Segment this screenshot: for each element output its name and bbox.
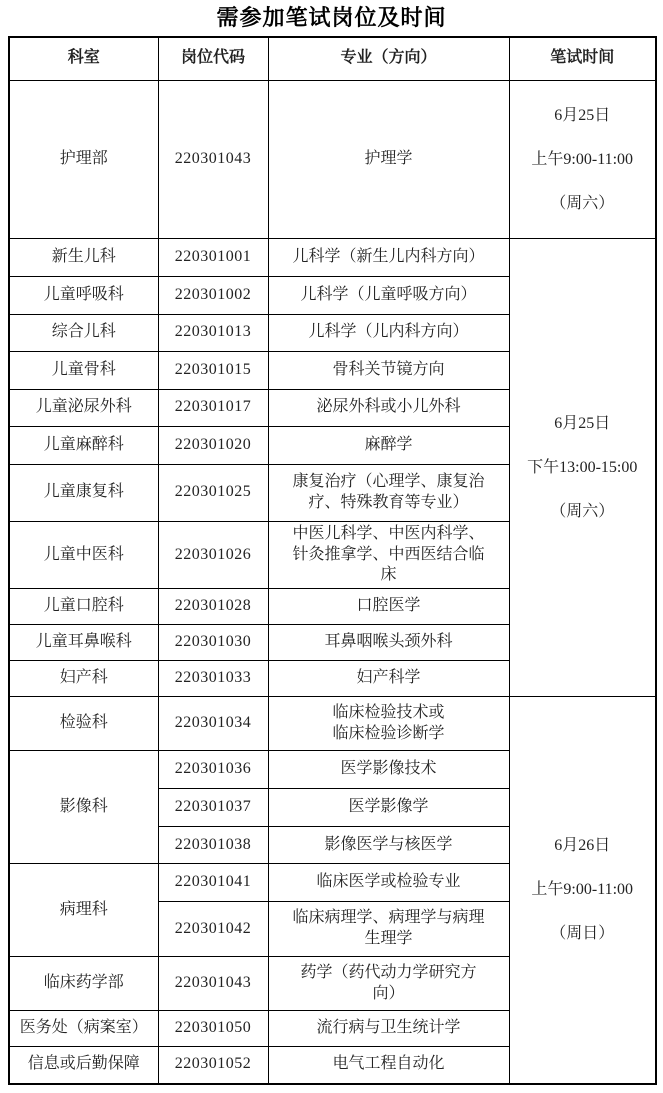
page-title: 需参加笔试岗位及时间 (0, 0, 663, 32)
time-date-line: 6月26日 (514, 834, 652, 857)
time-range-line: 上午9:00-11:00 (514, 148, 652, 171)
exam-time-cell: 6月25日 上午9:00-11:00 （周六） (509, 81, 656, 239)
page: 需参加笔试岗位及时间 科室 岗位代码 专业（方向） 笔试时间 护理部 22030… (0, 0, 663, 1085)
table-row: 检验科 220301034 临床检验技术或 临床检验诊断学 6月26日 上午9:… (9, 697, 656, 751)
major-cell: 影像医学与核医学 (268, 827, 509, 864)
time-date-line: 6月25日 (514, 104, 652, 127)
exam-time-cell: 6月26日 上午9:00-11:00 （周日） (509, 697, 656, 1084)
dept-cell: 新生儿科 (9, 238, 158, 276)
time-range-line: 上午9:00-11:00 (514, 878, 652, 901)
dept-cell: 妇产科 (9, 661, 158, 697)
code-cell: 220301028 (158, 589, 268, 625)
column-header-code: 岗位代码 (158, 37, 268, 81)
code-cell: 220301043 (158, 957, 268, 1011)
exam-time-cell: 6月25日 下午13:00-15:00 （周六） (509, 238, 656, 696)
major-cell: 口腔医学 (268, 589, 509, 625)
major-cell: 流行病与卫生统计学 (268, 1011, 509, 1047)
dept-cell: 儿童呼吸科 (9, 276, 158, 314)
dept-cell: 病理科 (9, 864, 158, 957)
code-cell: 220301041 (158, 864, 268, 902)
code-cell: 220301042 (158, 902, 268, 957)
exam-schedule-table: 科室 岗位代码 专业（方向） 笔试时间 护理部 220301043 护理学 6月… (8, 36, 657, 1085)
major-cell: 耳鼻咽喉头颈外科 (268, 625, 509, 661)
major-cell: 临床病理学、病理学与病理 生理学 (268, 902, 509, 957)
dept-cell: 检验科 (9, 697, 158, 751)
code-cell: 220301034 (158, 697, 268, 751)
dept-cell: 儿童骨科 (9, 351, 158, 389)
table-row: 护理部 220301043 护理学 6月25日 上午9:00-11:00 （周六… (9, 81, 656, 239)
dept-cell: 儿童麻醉科 (9, 426, 158, 464)
major-cell: 儿科学（新生儿内科方向） (268, 238, 509, 276)
dept-cell: 儿童耳鼻喉科 (9, 625, 158, 661)
header-row: 科室 岗位代码 专业（方向） 笔试时间 (9, 37, 656, 81)
major-cell: 中医儿科学、中医内科学、 针灸推拿学、中西医结合临 床 (268, 521, 509, 588)
major-cell: 电气工程自动化 (268, 1047, 509, 1084)
dept-cell: 临床药学部 (9, 957, 158, 1011)
code-cell: 220301030 (158, 625, 268, 661)
major-cell: 医学影像技术 (268, 751, 509, 789)
time-day-line: （周六） (514, 500, 652, 523)
dept-cell: 儿童泌尿外科 (9, 389, 158, 426)
major-cell: 临床医学或检验专业 (268, 864, 509, 902)
code-cell: 220301015 (158, 351, 268, 389)
dept-cell: 综合儿科 (9, 314, 158, 351)
column-header-dept: 科室 (9, 37, 158, 81)
major-cell: 骨科关节镜方向 (268, 351, 509, 389)
major-cell: 医学影像学 (268, 789, 509, 827)
code-cell: 220301013 (158, 314, 268, 351)
major-cell: 康复治疗（心理学、康复治 疗、特殊教育等专业） (268, 464, 509, 521)
major-cell: 儿科学（儿内科方向） (268, 314, 509, 351)
major-cell: 泌尿外科或小儿外科 (268, 389, 509, 426)
major-cell: 临床检验技术或 临床检验诊断学 (268, 697, 509, 751)
code-cell: 220301020 (158, 426, 268, 464)
code-cell: 220301017 (158, 389, 268, 426)
major-cell: 护理学 (268, 81, 509, 239)
dept-cell: 儿童口腔科 (9, 589, 158, 625)
major-cell: 麻醉学 (268, 426, 509, 464)
time-day-line: （周六） (514, 192, 652, 215)
column-header-time: 笔试时间 (509, 37, 656, 81)
code-cell: 220301052 (158, 1047, 268, 1084)
dept-cell: 医务处（病案室） (9, 1011, 158, 1047)
dept-cell: 儿童康复科 (9, 464, 158, 521)
time-date-line: 6月25日 (514, 412, 652, 435)
code-cell: 220301026 (158, 521, 268, 588)
code-cell: 220301033 (158, 661, 268, 697)
code-cell: 220301025 (158, 464, 268, 521)
code-cell: 220301043 (158, 81, 268, 239)
dept-cell: 信息或后勤保障 (9, 1047, 158, 1084)
dept-cell: 护理部 (9, 81, 158, 239)
code-cell: 220301002 (158, 276, 268, 314)
time-range-line: 下午13:00-15:00 (514, 456, 652, 479)
dept-cell: 儿童中医科 (9, 521, 158, 588)
code-cell: 220301050 (158, 1011, 268, 1047)
code-cell: 220301038 (158, 827, 268, 864)
code-cell: 220301036 (158, 751, 268, 789)
code-cell: 220301037 (158, 789, 268, 827)
dept-cell: 影像科 (9, 751, 158, 864)
code-cell: 220301001 (158, 238, 268, 276)
major-cell: 妇产科学 (268, 661, 509, 697)
column-header-major: 专业（方向） (268, 37, 509, 81)
major-cell: 药学（药代动力学研究方 向） (268, 957, 509, 1011)
time-day-line: （周日） (514, 922, 652, 945)
major-cell: 儿科学（儿童呼吸方向） (268, 276, 509, 314)
table-row: 新生儿科 220301001 儿科学（新生儿内科方向） 6月25日 下午13:0… (9, 238, 656, 276)
